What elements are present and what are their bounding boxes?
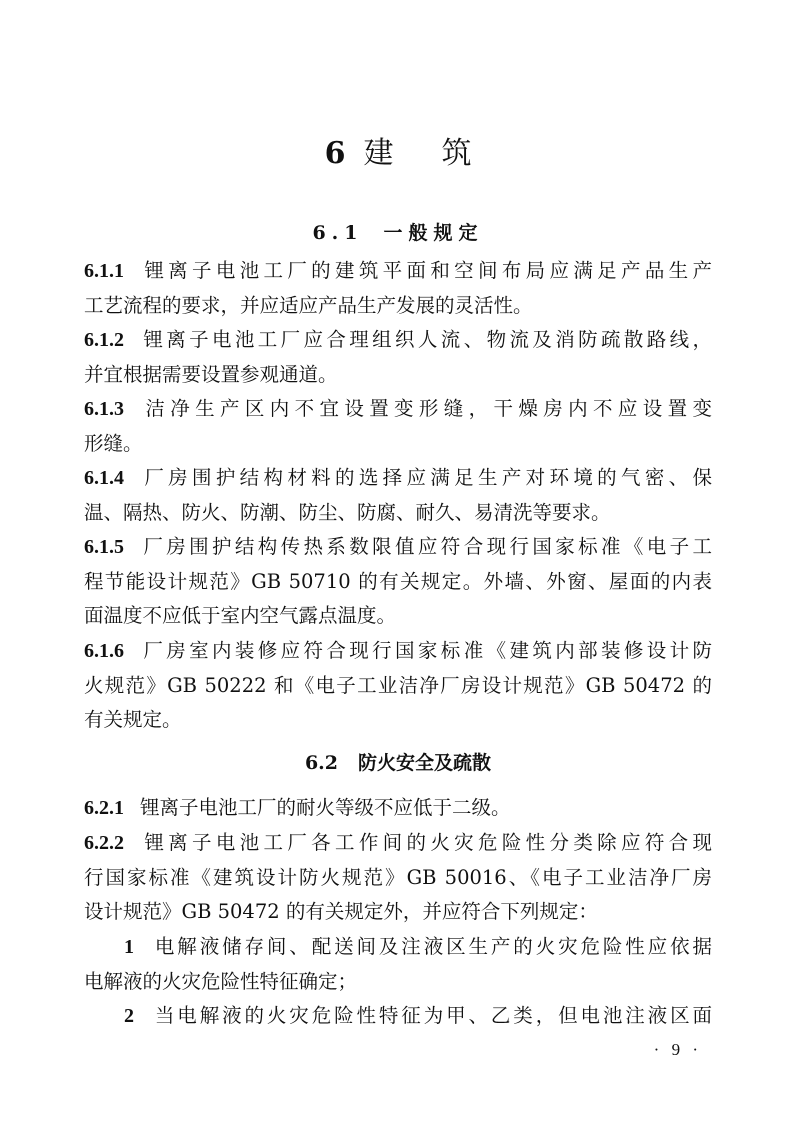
item-text: 当电解液的火灾危险性特征为甲、乙类，但电池注液区面 xyxy=(152,1004,712,1027)
clause-line: 行国家标准《建筑设计防火规范》GB 50016、《电子工业洁净厂房 xyxy=(84,861,712,896)
clause-6-2-1: 6.2.1锂离子电池工厂的耐火等级不应低于二级。 xyxy=(84,791,712,826)
clause-line: 6.2.1锂离子电池工厂的耐火等级不应低于二级。 xyxy=(84,791,712,826)
section-number: 6.1 xyxy=(312,222,363,244)
clause-text: 厂房围护结构传热系数限值应符合现行国家标准《电子工 xyxy=(140,535,712,558)
clause-6-1-4: 6.1.4厂房围护结构材料的选择应满足生产对环境的气密、保 温、隔热、防火、防潮… xyxy=(84,461,712,530)
clause-6-1-2: 6.1.2锂离子电池工厂应合理组织人流、物流及消防疏散路线， 并宜根据需要设置参… xyxy=(84,323,712,392)
list-item-1: 1电解液储存间、配送间及注液区生产的火灾危险性应依据 电解液的火灾危险性特征确定… xyxy=(84,930,712,999)
clause-line: 面温度不应低于室内空气露点温度。 xyxy=(84,599,712,634)
clause-number: 6.2.2 xyxy=(84,832,124,854)
clause-line: 程节能设计规范》GB 50710 的有关规定。外墙、外窗、屋面的内表 xyxy=(84,565,712,600)
clause-6-2-2: 6.2.2锂离子电池工厂各工作间的火灾危险性分类除应符合现 行国家标准《建筑设计… xyxy=(84,826,712,930)
clause-number: 6.1.6 xyxy=(84,640,124,662)
clause-number: 6.1.5 xyxy=(84,536,124,558)
clause-number: 6.2.1 xyxy=(84,797,124,819)
clause-line: 6.2.2锂离子电池工厂各工作间的火灾危险性分类除应符合现 xyxy=(84,826,712,861)
clause-6-1-6: 6.1.6厂房室内装修应符合现行国家标准《建筑内部装修设计防 火规范》GB 50… xyxy=(84,634,712,738)
clause-number: 6.1.3 xyxy=(84,398,124,420)
section-heading: 一般规定 xyxy=(384,222,484,244)
clause-number: 6.1.4 xyxy=(84,467,124,489)
section-title-6-1: 6.1一般规定 xyxy=(84,218,712,245)
clause-text: 厂房围护结构材料的选择应满足生产对环境的气密、保 xyxy=(140,466,712,489)
clause-line: 6.1.2锂离子电池工厂应合理组织人流、物流及消防疏散路线， xyxy=(84,323,712,358)
item-line: 电解液的火灾危险性特征确定； xyxy=(84,965,712,1000)
clause-line: 并宜根据需要设置参观通道。 xyxy=(84,358,712,393)
clause-line: 有关规定。 xyxy=(84,703,712,738)
chapter-title: 6建筑 xyxy=(84,128,712,172)
section-heading: 防火安全及疏散 xyxy=(358,752,491,774)
chapter-number: 6 xyxy=(325,136,346,171)
section-number: 6.2 xyxy=(305,752,338,774)
list-item-2: 2当电解液的火灾危险性特征为甲、乙类，但电池注液区面 xyxy=(84,999,712,1034)
clause-line: 工艺流程的要求，并应适应产品生产发展的灵活性。 xyxy=(84,289,712,324)
item-text: 电解液储存间、配送间及注液区生产的火灾危险性应依据 xyxy=(152,935,712,958)
clause-line: 形缝。 xyxy=(84,427,712,462)
clause-number: 6.1.2 xyxy=(84,329,124,351)
clause-6-1-3: 6.1.3洁净生产区内不宜设置变形缝，干燥房内不应设置变 形缝。 xyxy=(84,392,712,461)
clause-6-1-5: 6.1.5厂房围护结构传热系数限值应符合现行国家标准《电子工 程节能设计规范》G… xyxy=(84,530,712,634)
clause-text: 厂房室内装修应符合现行国家标准《建筑内部装修设计防 xyxy=(140,639,712,662)
clause-line: 设计规范》GB 50472 的有关规定外，并应符合下列规定： xyxy=(84,895,712,930)
section-title-6-2: 6.2防火安全及疏散 xyxy=(84,748,712,775)
item-number: 2 xyxy=(124,1005,134,1027)
clause-text: 锂离子电池工厂的建筑平面和空间布局应满足产品生产 xyxy=(140,259,712,282)
item-number: 1 xyxy=(124,936,134,958)
clause-6-1-1: 6.1.1锂离子电池工厂的建筑平面和空间布局应满足产品生产 工艺流程的要求，并应… xyxy=(84,254,712,323)
clause-line: 温、隔热、防火、防潮、防尘、防腐、耐久、易清洗等要求。 xyxy=(84,496,712,531)
clause-text: 锂离子电池工厂的耐火等级不应低于二级。 xyxy=(140,796,511,819)
page-number: · 9 · xyxy=(654,1040,702,1060)
clause-line: 火规范》GB 50222 和《电子工业洁净厂房设计规范》GB 50472 的 xyxy=(84,669,712,704)
clause-line: 6.1.3洁净生产区内不宜设置变形缝，干燥房内不应设置变 xyxy=(84,392,712,427)
clause-line: 6.1.5厂房围护结构传热系数限值应符合现行国家标准《电子工 xyxy=(84,530,712,565)
chapter-title-char-2: 筑 xyxy=(441,128,471,172)
clause-number: 6.1.1 xyxy=(84,260,124,282)
clause-text: 锂离子电池工厂各工作间的火灾危险性分类除应符合现 xyxy=(140,831,712,854)
clause-line: 6.1.1锂离子电池工厂的建筑平面和空间布局应满足产品生产 xyxy=(84,254,712,289)
item-line: 2当电解液的火灾危险性特征为甲、乙类，但电池注液区面 xyxy=(84,999,712,1034)
clause-line: 6.1.4厂房围护结构材料的选择应满足生产对环境的气密、保 xyxy=(84,461,712,496)
clause-text: 洁净生产区内不宜设置变形缝，干燥房内不应设置变 xyxy=(140,397,712,420)
clause-text: 锂离子电池工厂应合理组织人流、物流及消防疏散路线， xyxy=(140,328,712,351)
chapter-title-char-1: 建 xyxy=(363,128,393,172)
item-line: 1电解液储存间、配送间及注液区生产的火灾危险性应依据 xyxy=(84,930,712,965)
clause-line: 6.1.6厂房室内装修应符合现行国家标准《建筑内部装修设计防 xyxy=(84,634,712,669)
